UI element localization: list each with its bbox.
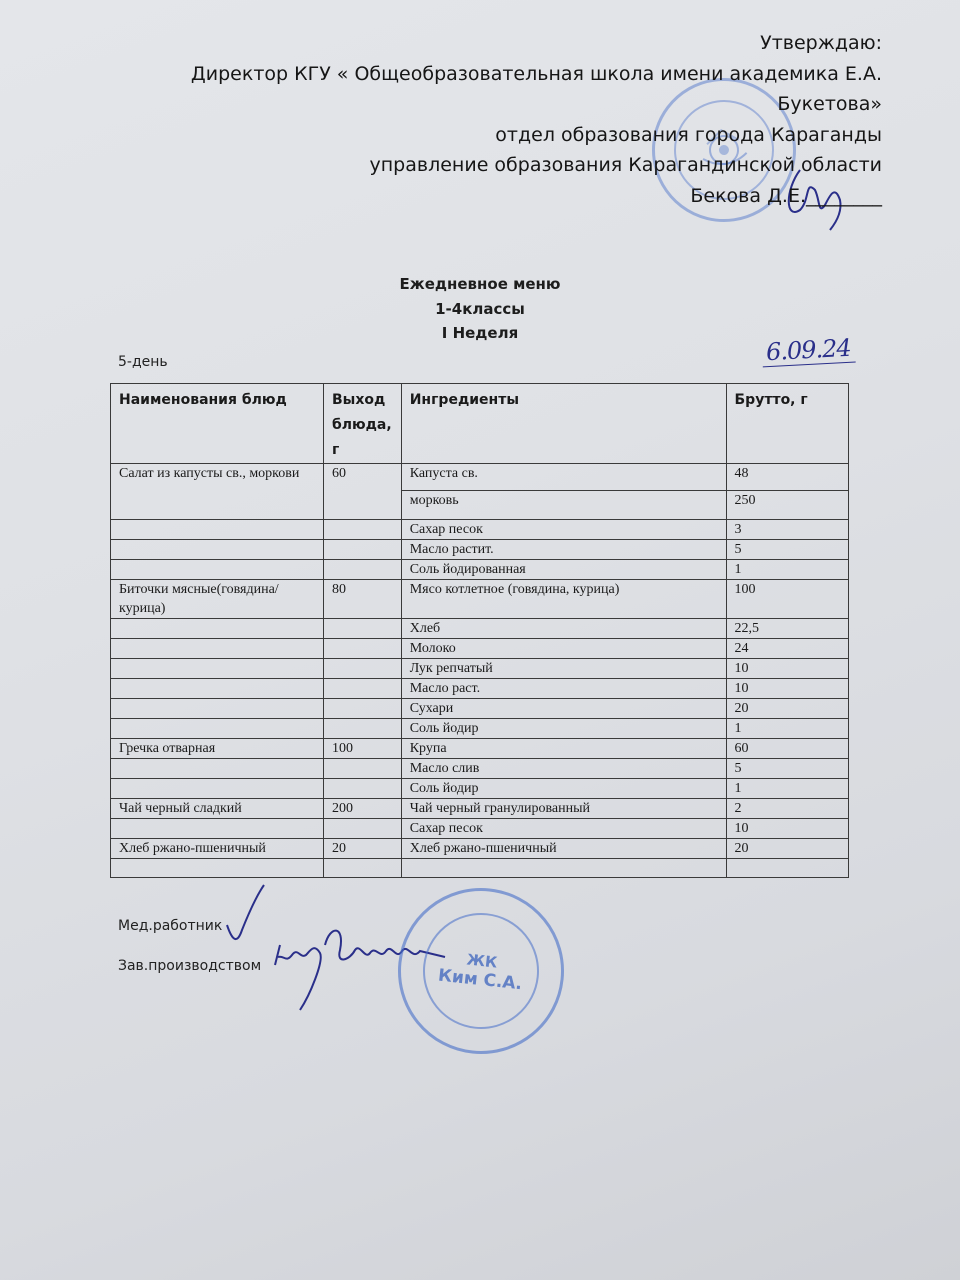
menu-title-block: Ежедневное меню 1-4классы I Неделя <box>0 272 960 346</box>
dish-cell <box>111 540 324 560</box>
brutto-cell: 5 <box>726 759 848 779</box>
yield-cell <box>323 679 401 699</box>
brutto-cell: 1 <box>726 560 848 580</box>
yield-cell: 100 <box>323 739 401 759</box>
table-row: Гречка отварная100Крупа60 <box>111 739 849 759</box>
medic-signature-label: Мед.работник <box>118 918 222 934</box>
brutto-cell: 100 <box>726 580 848 619</box>
ingredient-cell: Молоко <box>401 639 726 659</box>
brutto-cell: 22,5 <box>726 619 848 639</box>
dish-cell: Гречка отварная <box>111 739 324 759</box>
table-row: Сухари20 <box>111 699 849 719</box>
dish-cell: Салат из капусты св., моркови <box>111 464 324 520</box>
approval-signatory: Бекова Д.Е.________ <box>191 181 882 212</box>
brutto-cell <box>726 859 848 878</box>
yield-cell <box>323 540 401 560</box>
brutto-cell: 20 <box>726 699 848 719</box>
ingredient-cell: Лук репчатый <box>401 659 726 679</box>
brutto-cell: 2 <box>726 799 848 819</box>
stamp-name: Ким С.А. <box>437 966 523 995</box>
yield-cell <box>323 719 401 739</box>
ingredient-cell: Капуста св. <box>401 464 726 491</box>
brutto-cell: 10 <box>726 819 848 839</box>
approval-director: Директор КГУ « Общеобразовательная школа… <box>191 59 882 90</box>
dish-cell: Биточки мясные(говядина/курица) <box>111 580 324 619</box>
dish-cell <box>111 699 324 719</box>
header-yield: Выход блюда, г <box>323 384 401 464</box>
production-head-signature-label: Зав.производством <box>118 958 261 974</box>
dish-cell: Чай черный сладкий <box>111 799 324 819</box>
yield-cell: 200 <box>323 799 401 819</box>
yield-cell <box>323 639 401 659</box>
ingredient-cell: Масло слив <box>401 759 726 779</box>
yield-cell <box>323 859 401 878</box>
table-row: Лук репчатый10 <box>111 659 849 679</box>
table-row: Чай черный сладкий200Чай черный гранулир… <box>111 799 849 819</box>
menu-title: Ежедневное меню <box>0 272 960 297</box>
table-row: Хлеб ржано-пшеничный20Хлеб ржано-пшеничн… <box>111 839 849 859</box>
ingredient-cell: Мясо котлетное (говядина, курица) <box>401 580 726 619</box>
ingredient-cell: Соль йодир <box>401 719 726 739</box>
ingredient-cell: Сухари <box>401 699 726 719</box>
dish-cell <box>111 520 324 540</box>
ingredient-cell: Крупа <box>401 739 726 759</box>
yield-cell <box>323 619 401 639</box>
ingredient-cell <box>401 859 726 878</box>
ingredient-cell: Сахар песок <box>401 819 726 839</box>
yield-cell <box>323 779 401 799</box>
table-row: Масло раст.10 <box>111 679 849 699</box>
yield-cell <box>323 659 401 679</box>
dish-cell <box>111 859 324 878</box>
dish-cell <box>111 659 324 679</box>
dish-cell <box>111 719 324 739</box>
ingredient-cell: Хлеб <box>401 619 726 639</box>
yield-cell: 80 <box>323 580 401 619</box>
menu-table: Наименования блюд Выход блюда, г Ингреди… <box>110 383 849 878</box>
yield-cell: 60 <box>323 464 401 520</box>
ingredient-cell: Соль йодир <box>401 779 726 799</box>
table-row: Соль йодир1 <box>111 779 849 799</box>
yield-cell <box>323 520 401 540</box>
table-row <box>111 859 849 878</box>
table-row: Сахар песок3 <box>111 520 849 540</box>
table-row: Салат из капусты св., моркови60Капуста с… <box>111 464 849 491</box>
dish-cell <box>111 639 324 659</box>
menu-table-body: Салат из капусты св., моркови60Капуста с… <box>111 464 849 878</box>
approval-block: Утверждаю: Директор КГУ « Общеобразовате… <box>191 28 882 211</box>
brutto-cell: 1 <box>726 719 848 739</box>
dish-cell <box>111 560 324 580</box>
day-label: 5-день <box>118 354 168 370</box>
table-row: Биточки мясные(говядина/курица)80Мясо ко… <box>111 580 849 619</box>
yield-cell <box>323 560 401 580</box>
ingredient-cell: морковь <box>401 491 726 520</box>
brutto-cell: 3 <box>726 520 848 540</box>
yield-cell <box>323 759 401 779</box>
menu-grades: 1-4классы <box>0 297 960 322</box>
table-row: Соль йодированная1 <box>111 560 849 580</box>
brutto-cell: 1 <box>726 779 848 799</box>
brutto-cell: 20 <box>726 839 848 859</box>
approval-region-dept: управление образования Карагандинской об… <box>191 150 882 181</box>
table-row: Масло слив5 <box>111 759 849 779</box>
header-dish-name: Наименования блюд <box>111 384 324 464</box>
yield-cell: 20 <box>323 839 401 859</box>
ingredient-cell: Соль йодированная <box>401 560 726 580</box>
approval-school-name-cont: Букетова» <box>191 89 882 120</box>
yield-cell <box>323 819 401 839</box>
handwritten-date: 6.09.24 <box>761 334 855 368</box>
table-header-row: Наименования блюд Выход блюда, г Ингреди… <box>111 384 849 464</box>
dish-cell: Хлеб ржано-пшеничный <box>111 839 324 859</box>
ingredient-cell: Масло растит. <box>401 540 726 560</box>
dish-cell <box>111 619 324 639</box>
medic-signature <box>222 880 272 960</box>
ingredient-cell: Хлеб ржано-пшеничный <box>401 839 726 859</box>
yield-cell <box>323 699 401 719</box>
table-row: Хлеб22,5 <box>111 619 849 639</box>
brutto-cell: 250 <box>726 491 848 520</box>
dish-cell <box>111 759 324 779</box>
approval-city-dept: отдел образования города Караганды <box>191 120 882 151</box>
brutto-cell: 60 <box>726 739 848 759</box>
brutto-cell: 48 <box>726 464 848 491</box>
header-brutto: Брутто, г <box>726 384 848 464</box>
table-row: Масло растит.5 <box>111 540 849 560</box>
dish-cell <box>111 679 324 699</box>
brutto-cell: 5 <box>726 540 848 560</box>
kim-sa-stamp: ЖК Ким С.А. <box>390 880 572 1062</box>
ingredient-cell: Чай черный гранулированный <box>401 799 726 819</box>
table-row: Сахар песок10 <box>111 819 849 839</box>
brutto-cell: 24 <box>726 639 848 659</box>
dish-cell <box>111 819 324 839</box>
brutto-cell: 10 <box>726 659 848 679</box>
table-row: Соль йодир1 <box>111 719 849 739</box>
dish-cell <box>111 779 324 799</box>
table-row: Молоко24 <box>111 639 849 659</box>
brutto-cell: 10 <box>726 679 848 699</box>
ingredient-cell: Сахар песок <box>401 520 726 540</box>
header-ingredients: Ингредиенты <box>401 384 726 464</box>
ingredient-cell: Масло раст. <box>401 679 726 699</box>
approval-heading: Утверждаю: <box>191 28 882 59</box>
